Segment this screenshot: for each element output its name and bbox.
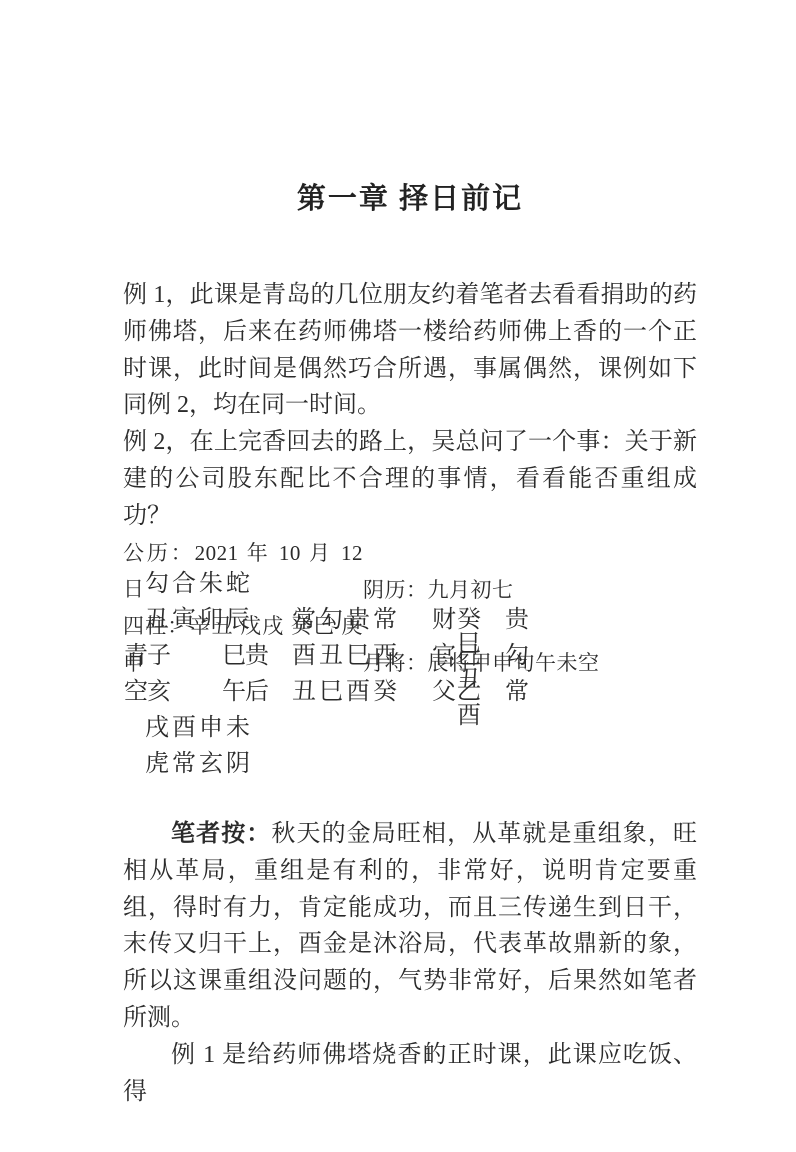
transmission-god: 勾 [505, 644, 527, 668]
four-lessons-row-3: 丑 巳 酉 癸 [292, 680, 396, 704]
closing-paragraph: 例 1 是给药师佛塔烧香的正时课，此课应吃饭、得 [123, 1037, 697, 1111]
plate-left-pair-1: 青 子 [124, 644, 170, 668]
lesson-cell: 癸 [373, 680, 396, 704]
plate-god-cell: 后 [245, 680, 268, 704]
plate-god-cell: 常 [172, 752, 195, 776]
plate-bottom-branches-row: 戌 酉 申 未 [145, 716, 249, 740]
plate-branch-cell: 寅 [172, 608, 195, 632]
plate-right-pair-1: 巳 贵 [222, 644, 268, 668]
four-lessons-row-1: 常 勾 贵 常 [292, 608, 396, 632]
plate-branch-cell: 申 [199, 716, 222, 740]
lesson-cell: 贵 [346, 608, 369, 632]
transmission-god: 常 [505, 680, 527, 704]
lesson-cell: 巳 [346, 644, 369, 668]
transmission-relation: 官 [432, 644, 454, 668]
lesson-cell: 酉 [346, 680, 369, 704]
plate-god-cell: 阴 [226, 752, 249, 776]
plate-god-cell: 空 [124, 680, 147, 704]
plate-god-cell: 合 [172, 572, 195, 596]
plate-branch-cell: 丑 [145, 608, 168, 632]
plate-god-cell: 玄 [199, 752, 222, 776]
lesson-cell: 巳 [319, 680, 342, 704]
plate-branch-cell: 辰 [226, 608, 249, 632]
plate-top-branches-row: 丑 寅 卯 辰 [145, 608, 249, 632]
commentary-paragraph: 笔者按：秋天的金局旺相，从革就是重组象，旺相从革局，重组是有利的，非常好，说明肯… [123, 816, 697, 1037]
liuren-chart: 勾 合 朱 蛇 丑 寅 卯 辰 常 勾 贵 常 财 癸巳 贵 青 子 巳 [0, 560, 796, 792]
transmission-relation: 父 [432, 680, 454, 704]
plate-god-cell: 贵 [245, 644, 268, 668]
transmission-ganzhi: 乙酉 [457, 680, 499, 728]
plate-branch-cell: 酉 [172, 716, 195, 740]
plate-god-cell: 勾 [145, 572, 168, 596]
commentary-text: 秋天的金局旺相，从革就是重组象，旺相从革局，重组是有利的，非常好，说明肯定要重组… [123, 821, 697, 1031]
plate-god-cell: 朱 [199, 572, 222, 596]
paragraph-example2: 例 2，在上完香回去的路上，吴总问了一个事：关于新建的公司股东配比不合理的事情，… [123, 424, 697, 534]
transmission-god: 贵 [505, 608, 527, 632]
lesson-cell: 常 [373, 608, 396, 632]
plate-branch-cell: 戌 [145, 716, 168, 740]
plate-god-cell: 青 [124, 644, 147, 668]
plate-god-cell: 蛇 [226, 572, 249, 596]
transmission-row-3: 父 乙酉 常 [432, 680, 527, 728]
plate-branch-cell: 亥 [147, 680, 170, 704]
lesson-cell: 丑 [319, 644, 342, 668]
commentary-block: 笔者按：秋天的金局旺相，从革就是重组象，旺相从革局，重组是有利的，非常好，说明肯… [123, 816, 697, 1110]
lesson-cell: 酉 [292, 644, 315, 668]
lesson-cell: 丑 [292, 680, 315, 704]
lesson-cell: 酉 [373, 644, 396, 668]
commentary-label: 笔者按： [171, 821, 271, 847]
plate-branch-cell: 午 [222, 680, 245, 704]
plate-branch-cell: 子 [147, 644, 170, 668]
four-lessons-row-2: 酉 丑 巳 酉 [292, 644, 396, 668]
plate-branch-cell: 卯 [199, 608, 222, 632]
plate-god-cell: 虎 [145, 752, 168, 776]
plate-right-pair-2: 午 后 [222, 680, 268, 704]
plate-bottom-gods-row: 虎 常 玄 阴 [145, 752, 249, 776]
paragraph-example1: 例 1，此课是青岛的几位朋友约着笔者去看看捐助的药师佛塔，后来在药师佛塔一楼给药… [123, 277, 697, 424]
plate-branch-cell: 未 [226, 716, 249, 740]
document-page: 第一章 择日前记 例 1，此课是青岛的几位朋友约着笔者去看看捐助的药师佛塔，后来… [0, 0, 796, 1152]
plate-left-pair-2: 空 亥 [124, 680, 170, 704]
lesson-cell: 常 [292, 608, 315, 632]
chapter-title: 第一章 择日前记 [123, 176, 697, 217]
transmission-relation: 财 [432, 608, 454, 632]
plate-branch-cell: 巳 [222, 644, 245, 668]
lesson-cell: 勾 [319, 608, 342, 632]
plate-top-gods-row: 勾 合 朱 蛇 [145, 572, 249, 596]
page-number: 1 [423, 1042, 434, 1067]
